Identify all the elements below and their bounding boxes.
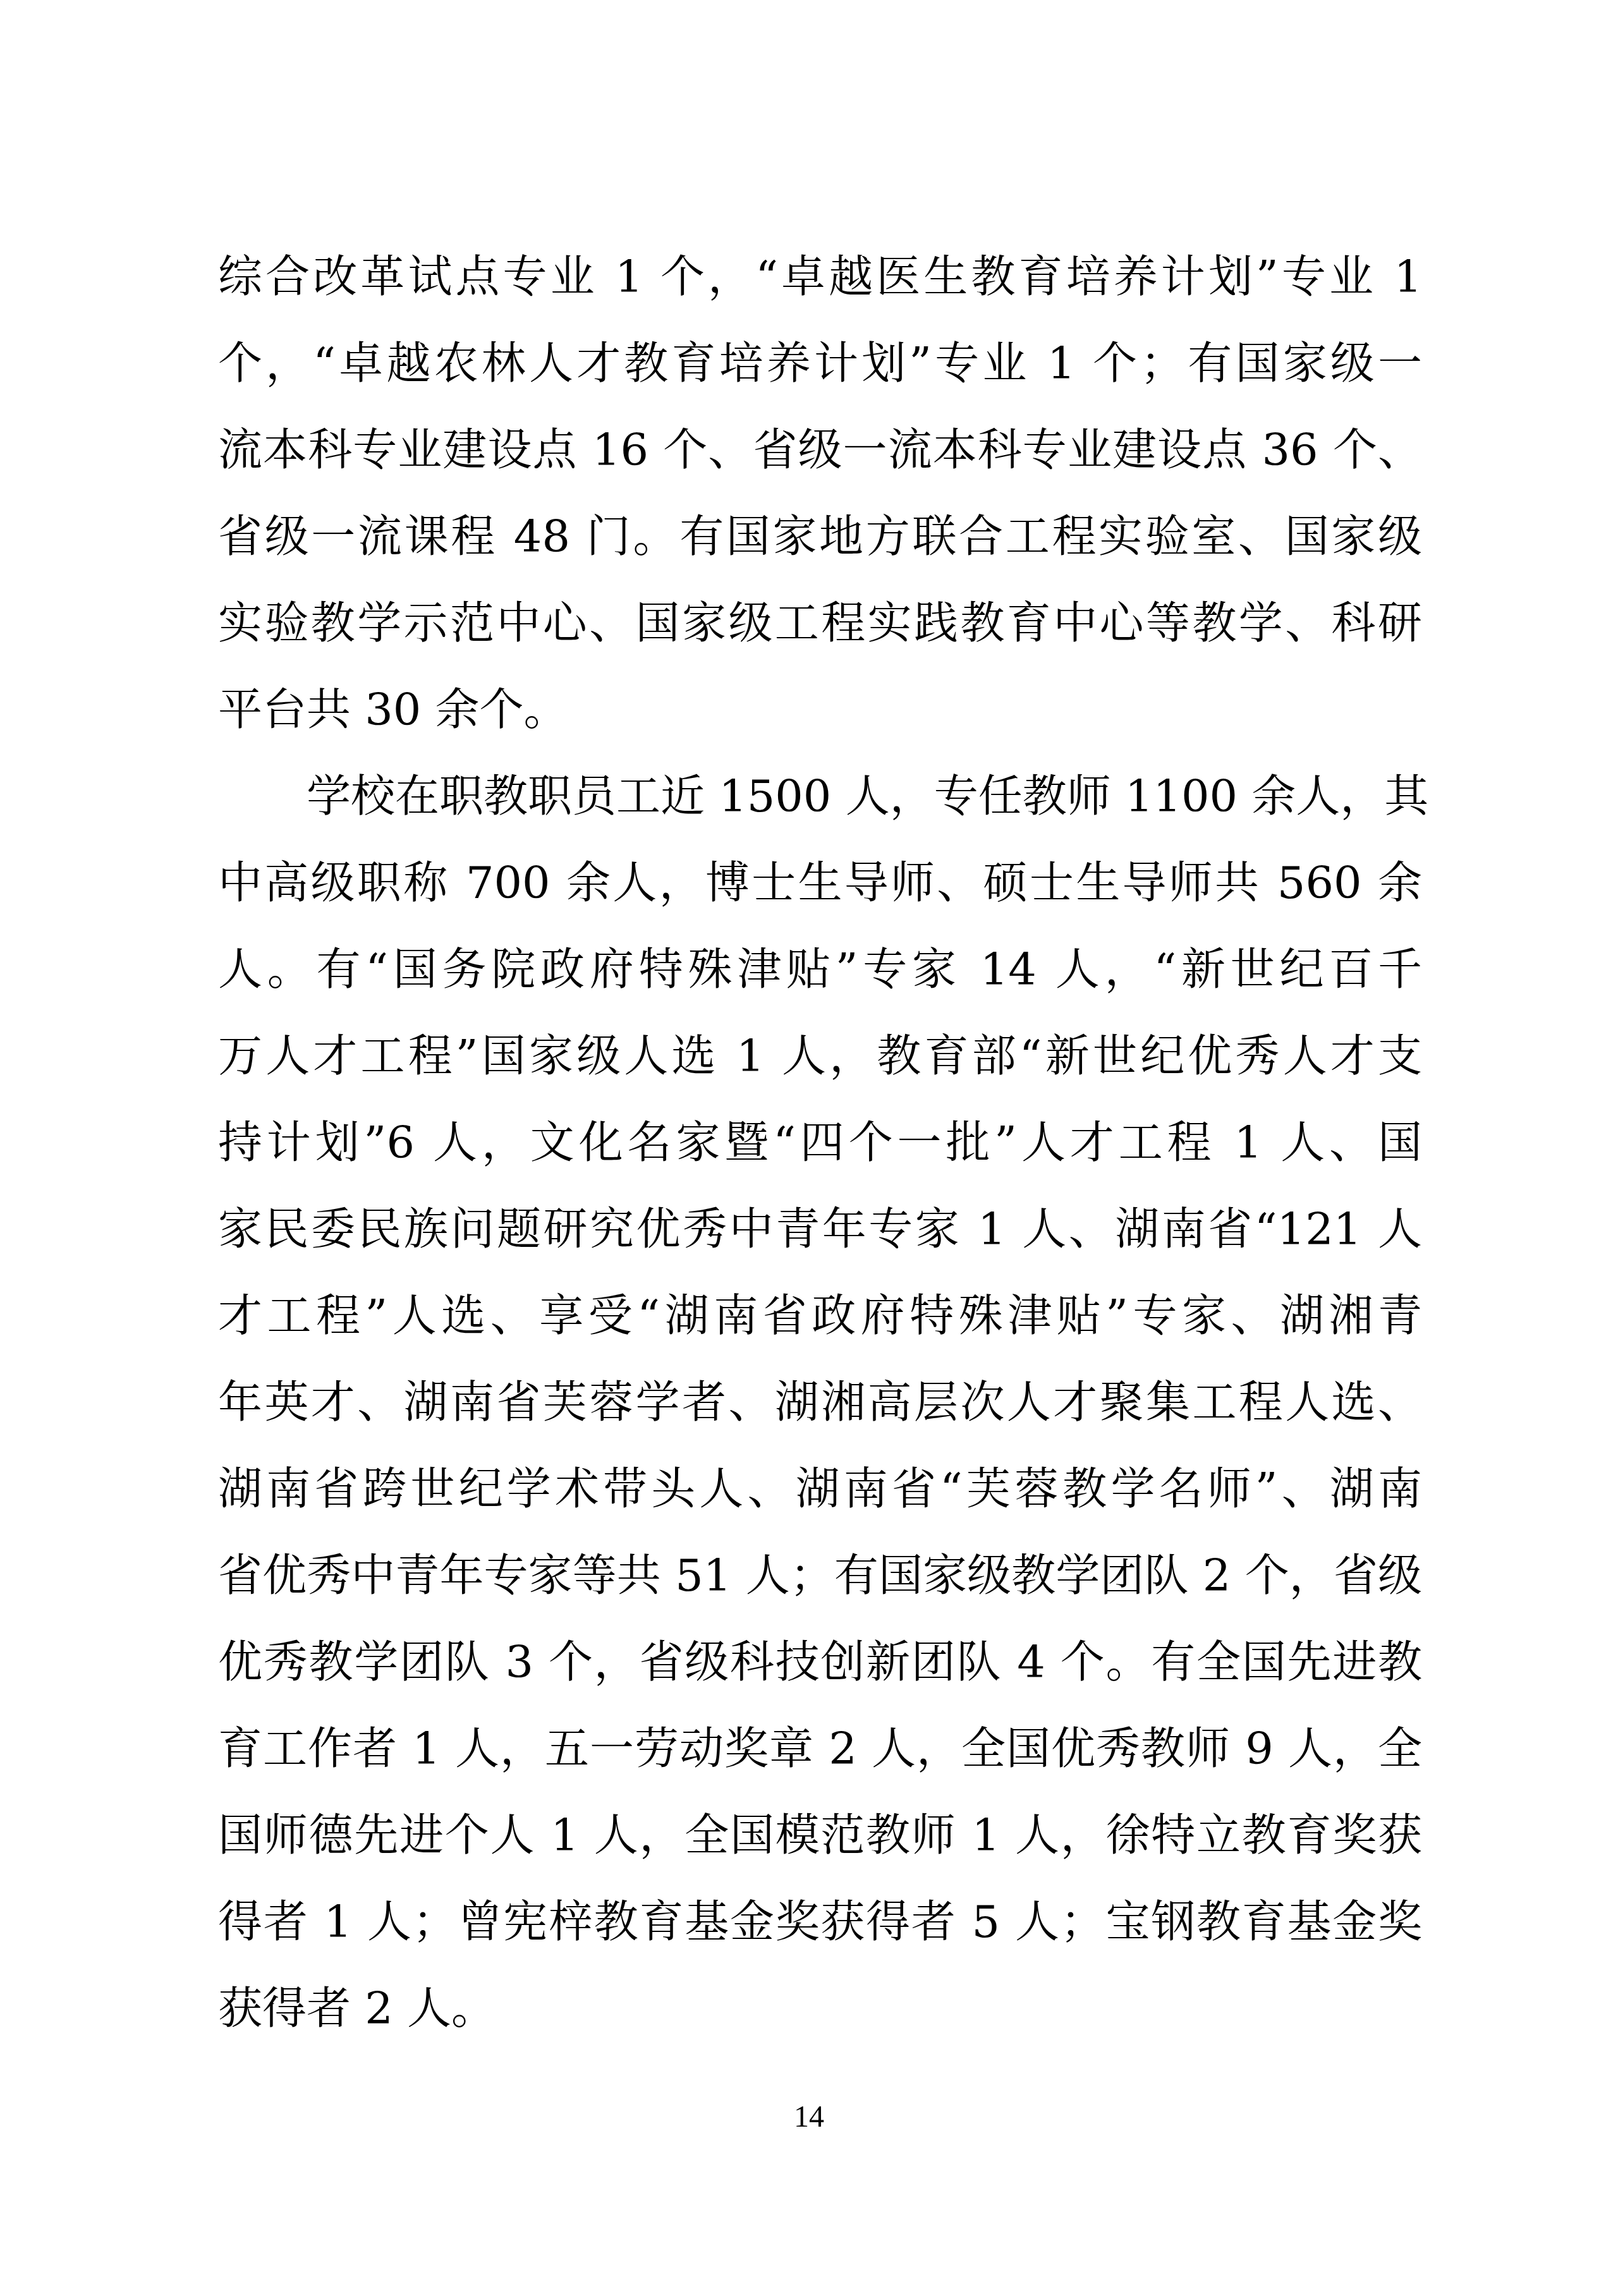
text-line: 家民委民族问题研究优秀中青年专家 1 人、湖南省“121 人: [218, 1186, 1422, 1273]
text-line: 育工作者 1 人，五一劳动奖章 2 人，全国优秀教师 9 人，全: [218, 1706, 1422, 1792]
text-line: 个，“卓越农林人才教育培养计划”专业 1 个；有国家级一: [218, 320, 1422, 407]
page-number: 14: [0, 2098, 1618, 2136]
document-page: 综合改革试点专业 1 个，“卓越医生教育培养计划”专业 1 个，“卓越农林人才教…: [0, 0, 1618, 2296]
text-line: 得者 1 人；曾宪梓教育基金奖获得者 5 人；宝钢教育基金奖: [218, 1879, 1422, 1965]
text-line: 综合改革试点专业 1 个，“卓越医生教育培养计划”专业 1: [218, 234, 1422, 320]
text-line: 省优秀中青年专家等共 51 人；有国家级教学团队 2 个，省级: [218, 1533, 1422, 1619]
body-text: 综合改革试点专业 1 个，“卓越医生教育培养计划”专业 1 个，“卓越农林人才教…: [218, 234, 1422, 2052]
text-line: 优秀教学团队 3 个，省级科技创新团队 4 个。有全国先进教: [218, 1619, 1422, 1706]
text-line: 持计划”6 人，文化名家暨“四个一批”人才工程 1 人、国: [218, 1100, 1422, 1186]
paragraph-programs: 综合改革试点专业 1 个，“卓越医生教育培养计划”专业 1 个，“卓越农林人才教…: [218, 234, 1422, 753]
text-line: 万人才工程”国家级人选 1 人，教育部“新世纪优秀人才支: [218, 1013, 1422, 1100]
text-line: 湖南省跨世纪学术带头人、湖南省“芙蓉教学名师”、湖南: [218, 1446, 1422, 1533]
text-line: 年英才、湖南省芙蓉学者、湖湘高层次人才聚集工程人选、: [218, 1359, 1422, 1446]
text-line: 国师德先进个人 1 人，全国模范教师 1 人，徐特立教育奖获: [218, 1792, 1422, 1879]
text-line: 流本科专业建设点 16 个、省级一流本科专业建设点 36 个、: [218, 407, 1422, 494]
paragraph-faculty: 学校在职教职员工近 1500 人，专任教师 1100 余人，其 中高级职称 70…: [218, 753, 1422, 2052]
text-line: 实验教学示范中心、国家级工程实践教育中心等教学、科研: [218, 580, 1422, 667]
text-line: 人。有“国务院政府特殊津贴”专家 14 人，“新世纪百千: [218, 926, 1422, 1013]
text-line: 中高级职称 700 余人，博士生导师、硕士生导师共 560 余: [218, 840, 1422, 926]
text-line: 省级一流课程 48 门。有国家地方联合工程实验室、国家级: [218, 494, 1422, 580]
text-line: 获得者 2 人。: [218, 1965, 1422, 2052]
text-line: 平台共 30 余个。: [218, 667, 1422, 753]
text-line: 学校在职教职员工近 1500 人，专任教师 1100 余人，其: [218, 753, 1422, 840]
text-line: 才工程”人选、享受“湖南省政府特殊津贴”专家、湖湘青: [218, 1273, 1422, 1359]
